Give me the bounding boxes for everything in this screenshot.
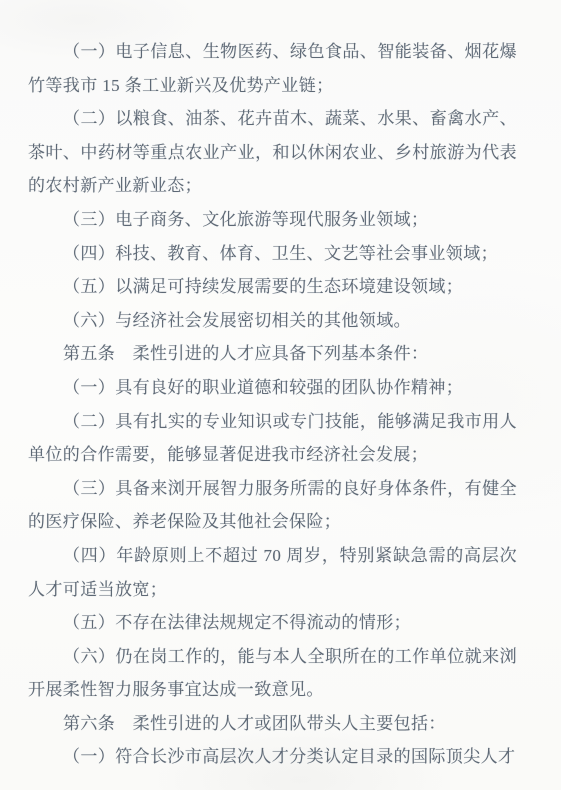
paragraph-item-5: （五）以满足可持续发展需要的生态环境建设领域；	[28, 270, 517, 304]
paragraph-item-1: （一）电子信息、生物医药、绿色食品、智能装备、烟花爆竹等我市 15 条工业新兴及…	[28, 35, 517, 102]
paragraph-item-2: （二）以粮食、油茶、花卉苗木、蔬菜、水果、畜禽水产、茶叶、中药材等重点农业产业，…	[28, 102, 517, 203]
paragraph-condition-6: （六）仍在岗工作的，能与本人全职所在的工作单位就来浏开展柔性智力服务事宜达成一致…	[28, 640, 517, 707]
document-page: （一）电子信息、生物医药、绿色食品、智能装备、烟花爆竹等我市 15 条工业新兴及…	[0, 0, 561, 790]
paragraph-condition-5: （五）不存在法律法规规定不得流动的情形；	[28, 606, 517, 640]
paragraph-condition-1: （一）具有良好的职业道德和较强的团队协作精神；	[28, 371, 517, 405]
paragraph-item-6: （六）与经济社会发展密切相关的其他领域。	[28, 304, 517, 338]
paragraph-condition-4: （四）年龄原则上不超过 70 周岁，特别紧缺急需的高层次人才可适当放宽；	[28, 539, 517, 606]
paragraph-condition-2: （二）具有扎实的专业知识或专门技能，能够满足我市用人单位的合作需要，能够显著促进…	[28, 405, 517, 472]
paragraph-article-6-heading: 第六条 柔性引进的人才或团队带头人主要包括：	[28, 707, 517, 741]
document-body: （一）电子信息、生物医药、绿色食品、智能装备、烟花爆竹等我市 15 条工业新兴及…	[28, 35, 517, 774]
paragraph-item-3: （三）电子商务、文化旅游等现代服务业领域；	[28, 203, 517, 237]
paragraph-article-5-heading: 第五条 柔性引进的人才应具备下列基本条件：	[28, 337, 517, 371]
paragraph-talent-category-1: （一）符合长沙市高层次人才分类认定目录的国际顶尖人才	[28, 740, 517, 774]
paragraph-condition-3: （三）具备来浏开展智力服务所需的良好身体条件，有健全的医疗保险、养老保险及其他社…	[28, 472, 517, 539]
paragraph-item-4: （四）科技、教育、体育、卫生、文艺等社会事业领域；	[28, 237, 517, 271]
